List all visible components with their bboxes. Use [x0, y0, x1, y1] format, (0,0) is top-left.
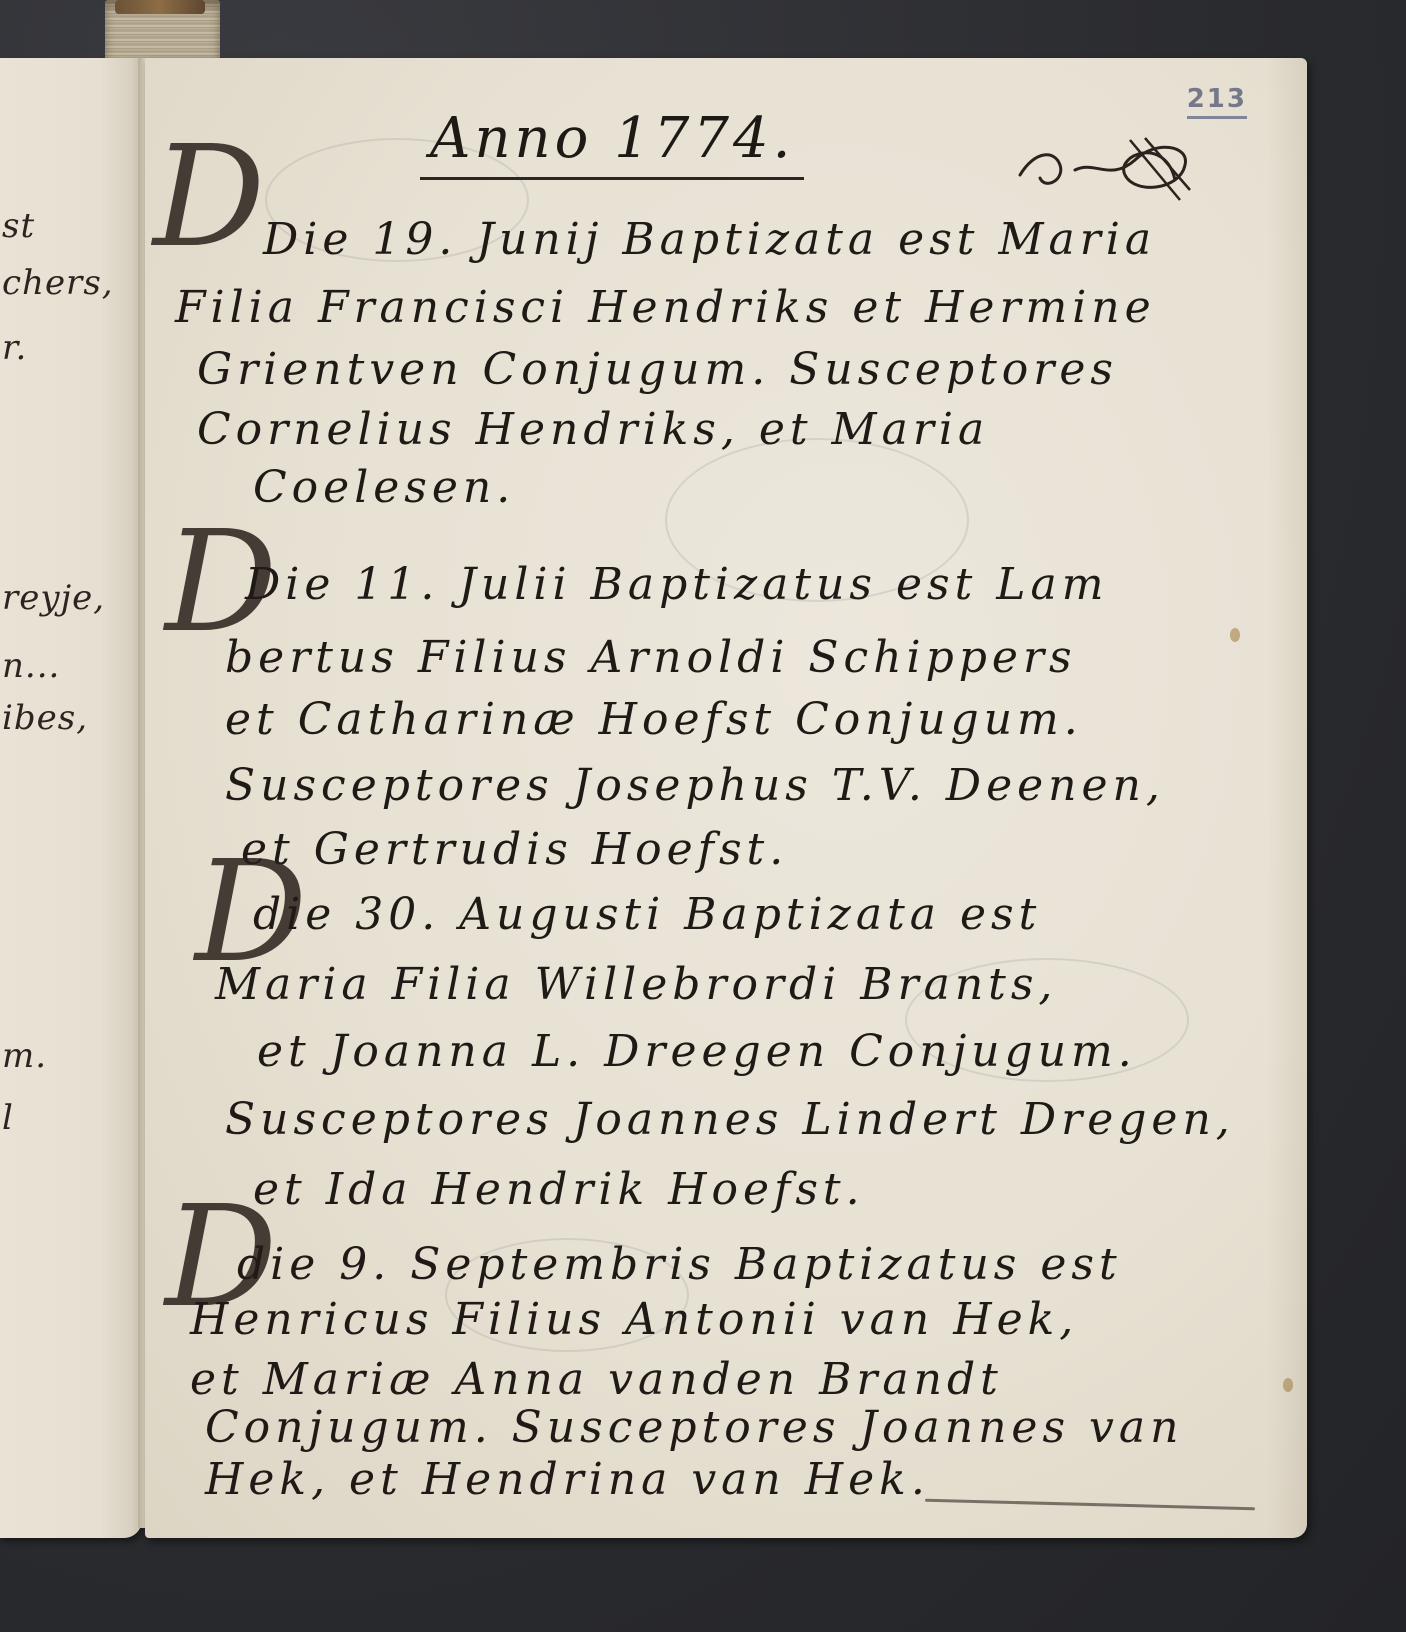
entry-line: et Gertrudis Hoefst. — [241, 828, 788, 872]
entry-line: Die 19. Junij Baptizata est Maria — [263, 218, 1156, 262]
left-page: st chers, r. reyje, n... ibes, m. l — [0, 58, 142, 1538]
entry-line: bertus Filius Arnoldi Schippers — [225, 636, 1077, 680]
left-fragment: m. — [2, 1036, 47, 1076]
book-spine-edge — [105, 0, 220, 58]
entry-line: et Ida Hendrik Hoefst. — [253, 1168, 865, 1212]
entry-line: Cornelius Hendriks, et Maria — [197, 408, 989, 452]
closing-rule — [925, 1499, 1255, 1511]
year-heading: Anno 1774. — [420, 106, 804, 180]
entry-line: Coelesen. — [253, 466, 515, 510]
entry-line: Conjugum. Susceptores Joannes van — [205, 1406, 1183, 1450]
ink-stain — [1230, 628, 1240, 642]
entry-line: et Catharinæ Hoefst Conjugum. — [225, 698, 1083, 742]
entry-line: et Joanna L. Dreegen Conjugum. — [257, 1030, 1137, 1074]
entry-line: Die 11. Julii Baptizatus est Lam — [245, 563, 1108, 607]
left-fragment: ibes, — [2, 698, 88, 738]
left-fragment: n... — [2, 646, 60, 686]
ink-stain — [1283, 1378, 1293, 1392]
entry-line: die 9. Septembris Baptizatus est — [237, 1243, 1122, 1287]
left-fragment: r. — [2, 328, 27, 368]
left-fragment: l — [2, 1098, 14, 1138]
left-fragment: st — [2, 206, 35, 246]
entry-line: Hek, et Hendrina van Hek. — [205, 1458, 930, 1502]
entry-initial: D — [153, 128, 265, 268]
entry-line: Maria Filia Willebrordi Brants, — [215, 963, 1057, 1007]
entry-line: Filia Francisci Hendriks et Hermine — [175, 286, 1156, 330]
entry-line: Grientven Conjugum. Susceptores — [197, 348, 1118, 392]
entry-line: Henricus Filius Antonii van Hek, — [190, 1298, 1078, 1342]
entry-line: Susceptores Josephus T.V. Deenen, — [225, 764, 1165, 808]
left-fragment: reyje, — [2, 578, 105, 618]
entry-line: et Mariæ Anna vanden Brandt — [190, 1358, 1003, 1402]
left-page-text-fragments: st chers, r. reyje, n... ibes, m. l — [0, 58, 142, 1538]
entry-line: die 30. Augusti Baptizata est — [253, 893, 1041, 937]
entry-line: Susceptores Joannes Lindert Dregen, — [225, 1098, 1235, 1142]
manuscript-page: 213 Anno 1774. D Die 19. Junij Baptizata… — [145, 58, 1307, 1538]
flourish-ornament-icon — [1015, 120, 1195, 210]
page-number: 213 — [1187, 84, 1247, 119]
left-fragment: chers, — [2, 263, 114, 303]
